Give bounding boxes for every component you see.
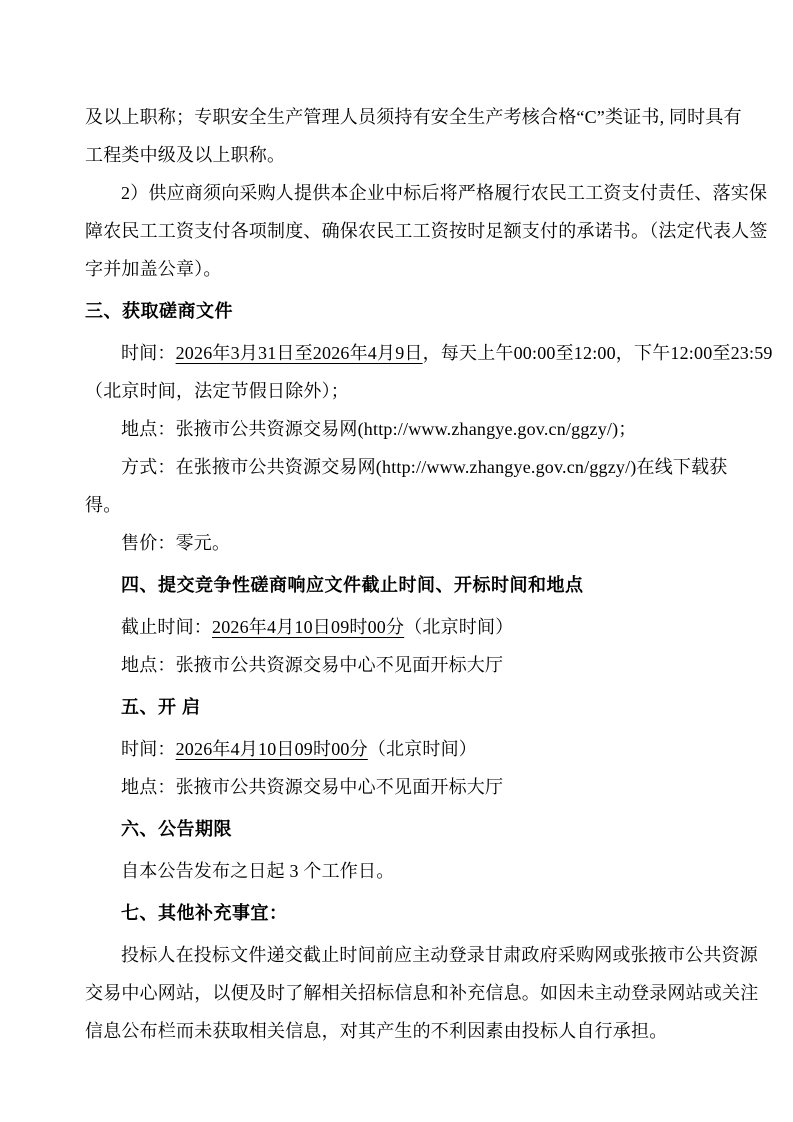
underlined-date: 2026年3月31日至2026年4月9日 — [176, 343, 423, 363]
section-heading: 三、获取磋商文件 — [85, 292, 709, 330]
text-run: 四、提交竞争性磋商响应文件截止时间、开标时间和地点 — [121, 575, 584, 595]
text-run: 及以上职称；专职安全生产管理人员须持有安全生产考核合格“C”类证书, 同时具有 — [85, 107, 742, 127]
text-line: 字并加盖公章）。 — [85, 250, 709, 288]
section-heading: 五、开 启 — [85, 688, 709, 726]
text-run: （北京时间） — [368, 739, 477, 759]
text-line: 地点：张掖市公共资源交易网(http://www.zhangye.gov.cn/… — [85, 410, 709, 448]
section-heading: 四、提交竞争性磋商响应文件截止时间、开标时间和地点 — [85, 566, 709, 604]
text-line: 地点：张掖市公共资源交易中心不见面开标大厅 — [85, 646, 709, 684]
text-line: 时间：2026年4月10日09时00分（北京时间） — [85, 730, 709, 768]
text-run: 字并加盖公章）。 — [85, 259, 222, 279]
text-run: 障农民工工资支付各项制度、确保农民工工资按时足额支付的承诺书。（法定代表人签 — [85, 221, 768, 241]
underlined-date: 2026年4月10日09时00分 — [176, 739, 368, 759]
text-line: （北京时间，法定节假日除外）； — [85, 372, 709, 410]
text-line: 及以上职称；专职安全生产管理人员须持有安全生产考核合格“C”类证书, 同时具有 — [85, 98, 709, 136]
section-heading: 七、其他补充事宜： — [85, 894, 709, 932]
section-heading: 六、公告期限 — [85, 810, 709, 848]
text-run: 售价：零元。 — [121, 533, 230, 553]
text-run: 七、其他补充事宜： — [121, 903, 288, 923]
text-line: 投标人在投标文件递交截止时间前应主动登录甘肃政府采购网或张掖市公共资源 — [85, 936, 709, 974]
text-line: 自本公告发布之日起 3 个工作日。 — [85, 852, 709, 890]
text-run: 时间： — [121, 739, 176, 759]
text-run: 地点：张掖市公共资源交易网(http://www.zhangye.gov.cn/… — [121, 419, 637, 439]
text-line: 售价：零元。 — [85, 524, 709, 562]
text-run: 方式：在张掖市公共资源交易网(http://www.zhangye.gov.cn… — [121, 457, 728, 477]
text-run: 交易中心网站，以便及时了解相关招标信息和补充信息。如因未主动登录网站或关注 — [85, 983, 758, 1003]
text-run: 地点：张掖市公共资源交易中心不见面开标大厅 — [121, 655, 503, 675]
text-run: （北京时间） — [404, 617, 513, 637]
text-run: 投标人在投标文件递交截止时间前应主动登录甘肃政府采购网或张掖市公共资源 — [121, 945, 758, 965]
text-line: 信息公布栏而未获取相关信息，对其产生的不利因素由投标人自行承担。 — [85, 1012, 709, 1050]
text-run: 信息公布栏而未获取相关信息，对其产生的不利因素由投标人自行承担。 — [85, 1021, 667, 1041]
text-run: 时间： — [121, 343, 176, 363]
document-page: 及以上职称；专职安全生产管理人员须持有安全生产考核合格“C”类证书, 同时具有工… — [0, 0, 793, 1122]
text-line: 方式：在张掖市公共资源交易网(http://www.zhangye.gov.cn… — [85, 448, 709, 486]
text-run: 三、获取磋商文件 — [85, 301, 233, 321]
text-line: 交易中心网站，以便及时了解相关招标信息和补充信息。如因未主动登录网站或关注 — [85, 974, 709, 1012]
text-run: 地点：张掖市公共资源交易中心不见面开标大厅 — [121, 777, 503, 797]
text-run: （北京时间，法定节假日除外）； — [85, 381, 349, 401]
text-line: 得。 — [85, 486, 709, 524]
text-line: 时间：2026年3月31日至2026年4月9日，每天上午00:00至12:00，… — [85, 334, 709, 372]
text-line: 截止时间：2026年4月10日09时00分（北京时间） — [85, 608, 709, 646]
underlined-date: 2026年4月10日09时00分 — [212, 617, 404, 637]
text-run: 五、开 启 — [121, 697, 201, 717]
text-run: 工程类中级及以上职称。 — [85, 145, 285, 165]
text-run: 自本公告发布之日起 3 个工作日。 — [121, 861, 394, 881]
text-run: 2）供应商须向采购人提供本企业中标后将严格履行农民工工资支付责任、落实保 — [121, 183, 767, 203]
document-body: 及以上职称；专职安全生产管理人员须持有安全生产考核合格“C”类证书, 同时具有工… — [85, 98, 709, 1050]
text-line: 2）供应商须向采购人提供本企业中标后将严格履行农民工工资支付责任、落实保 — [85, 174, 709, 212]
text-line: 地点：张掖市公共资源交易中心不见面开标大厅 — [85, 768, 709, 806]
text-run: 得。 — [85, 495, 121, 515]
text-run: 截止时间： — [121, 617, 212, 637]
text-run: 六、公告期限 — [121, 819, 232, 839]
text-line: 工程类中级及以上职称。 — [85, 136, 709, 174]
text-run: ，每天上午00:00至12:00，下午12:00至23:59 — [423, 343, 773, 363]
text-line: 障农民工工资支付各项制度、确保农民工工资按时足额支付的承诺书。（法定代表人签 — [85, 212, 709, 250]
